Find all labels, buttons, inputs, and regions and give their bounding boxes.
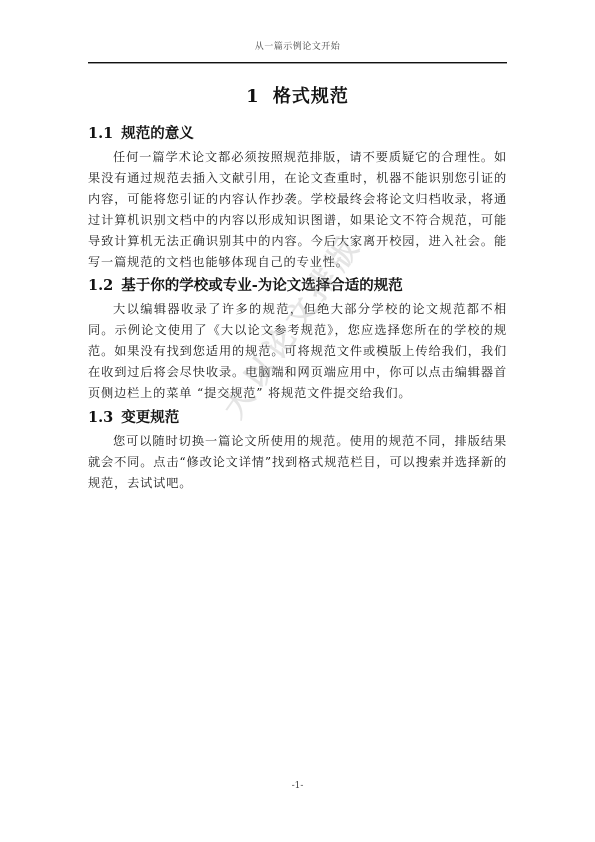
chapter-number: 1 xyxy=(246,86,260,107)
section-paragraph-1-3: 您可以随时切换一篇论文所使用的规范。使用的规范不同，排版结果就会不同。点击“修改… xyxy=(88,431,507,494)
section-heading-1-2: 1.2基于你的学校或专业-为论文选择合适的规范 xyxy=(88,276,507,296)
section-title: 基于你的学校或专业-为论文选择合适的规范 xyxy=(121,277,403,294)
section-number: 1.2 xyxy=(88,276,113,296)
section-paragraph-1-2: 大以编辑器收录了许多的规范，但绝大部分学校的论文规范都不相同。示例论文使用了《大… xyxy=(88,299,507,404)
section-title: 变更规范 xyxy=(121,409,179,426)
running-header: 从一篇示例论文开始 xyxy=(88,40,507,54)
section-number: 1.1 xyxy=(88,124,113,144)
section-heading-1-3: 1.3变更规范 xyxy=(88,408,507,428)
chapter-title-text: 格式规范 xyxy=(273,86,349,107)
header-rule xyxy=(88,62,507,64)
section-number: 1.3 xyxy=(88,408,113,428)
section-title: 规范的意义 xyxy=(121,125,194,142)
page-number: -1- xyxy=(88,781,507,791)
section-paragraph-1-1: 任何一篇学术论文都必须按照规范排版，请不要质疑它的合理性。如果没有通过规范去插入… xyxy=(88,147,507,273)
section-heading-1-1: 1.1规范的意义 xyxy=(88,124,507,144)
document-page: 从一篇示例论文开始 1 格式规范 1.1规范的意义 任何一篇学术论文都必须按照规… xyxy=(0,0,595,842)
chapter-title: 1 格式规范 xyxy=(88,85,507,109)
